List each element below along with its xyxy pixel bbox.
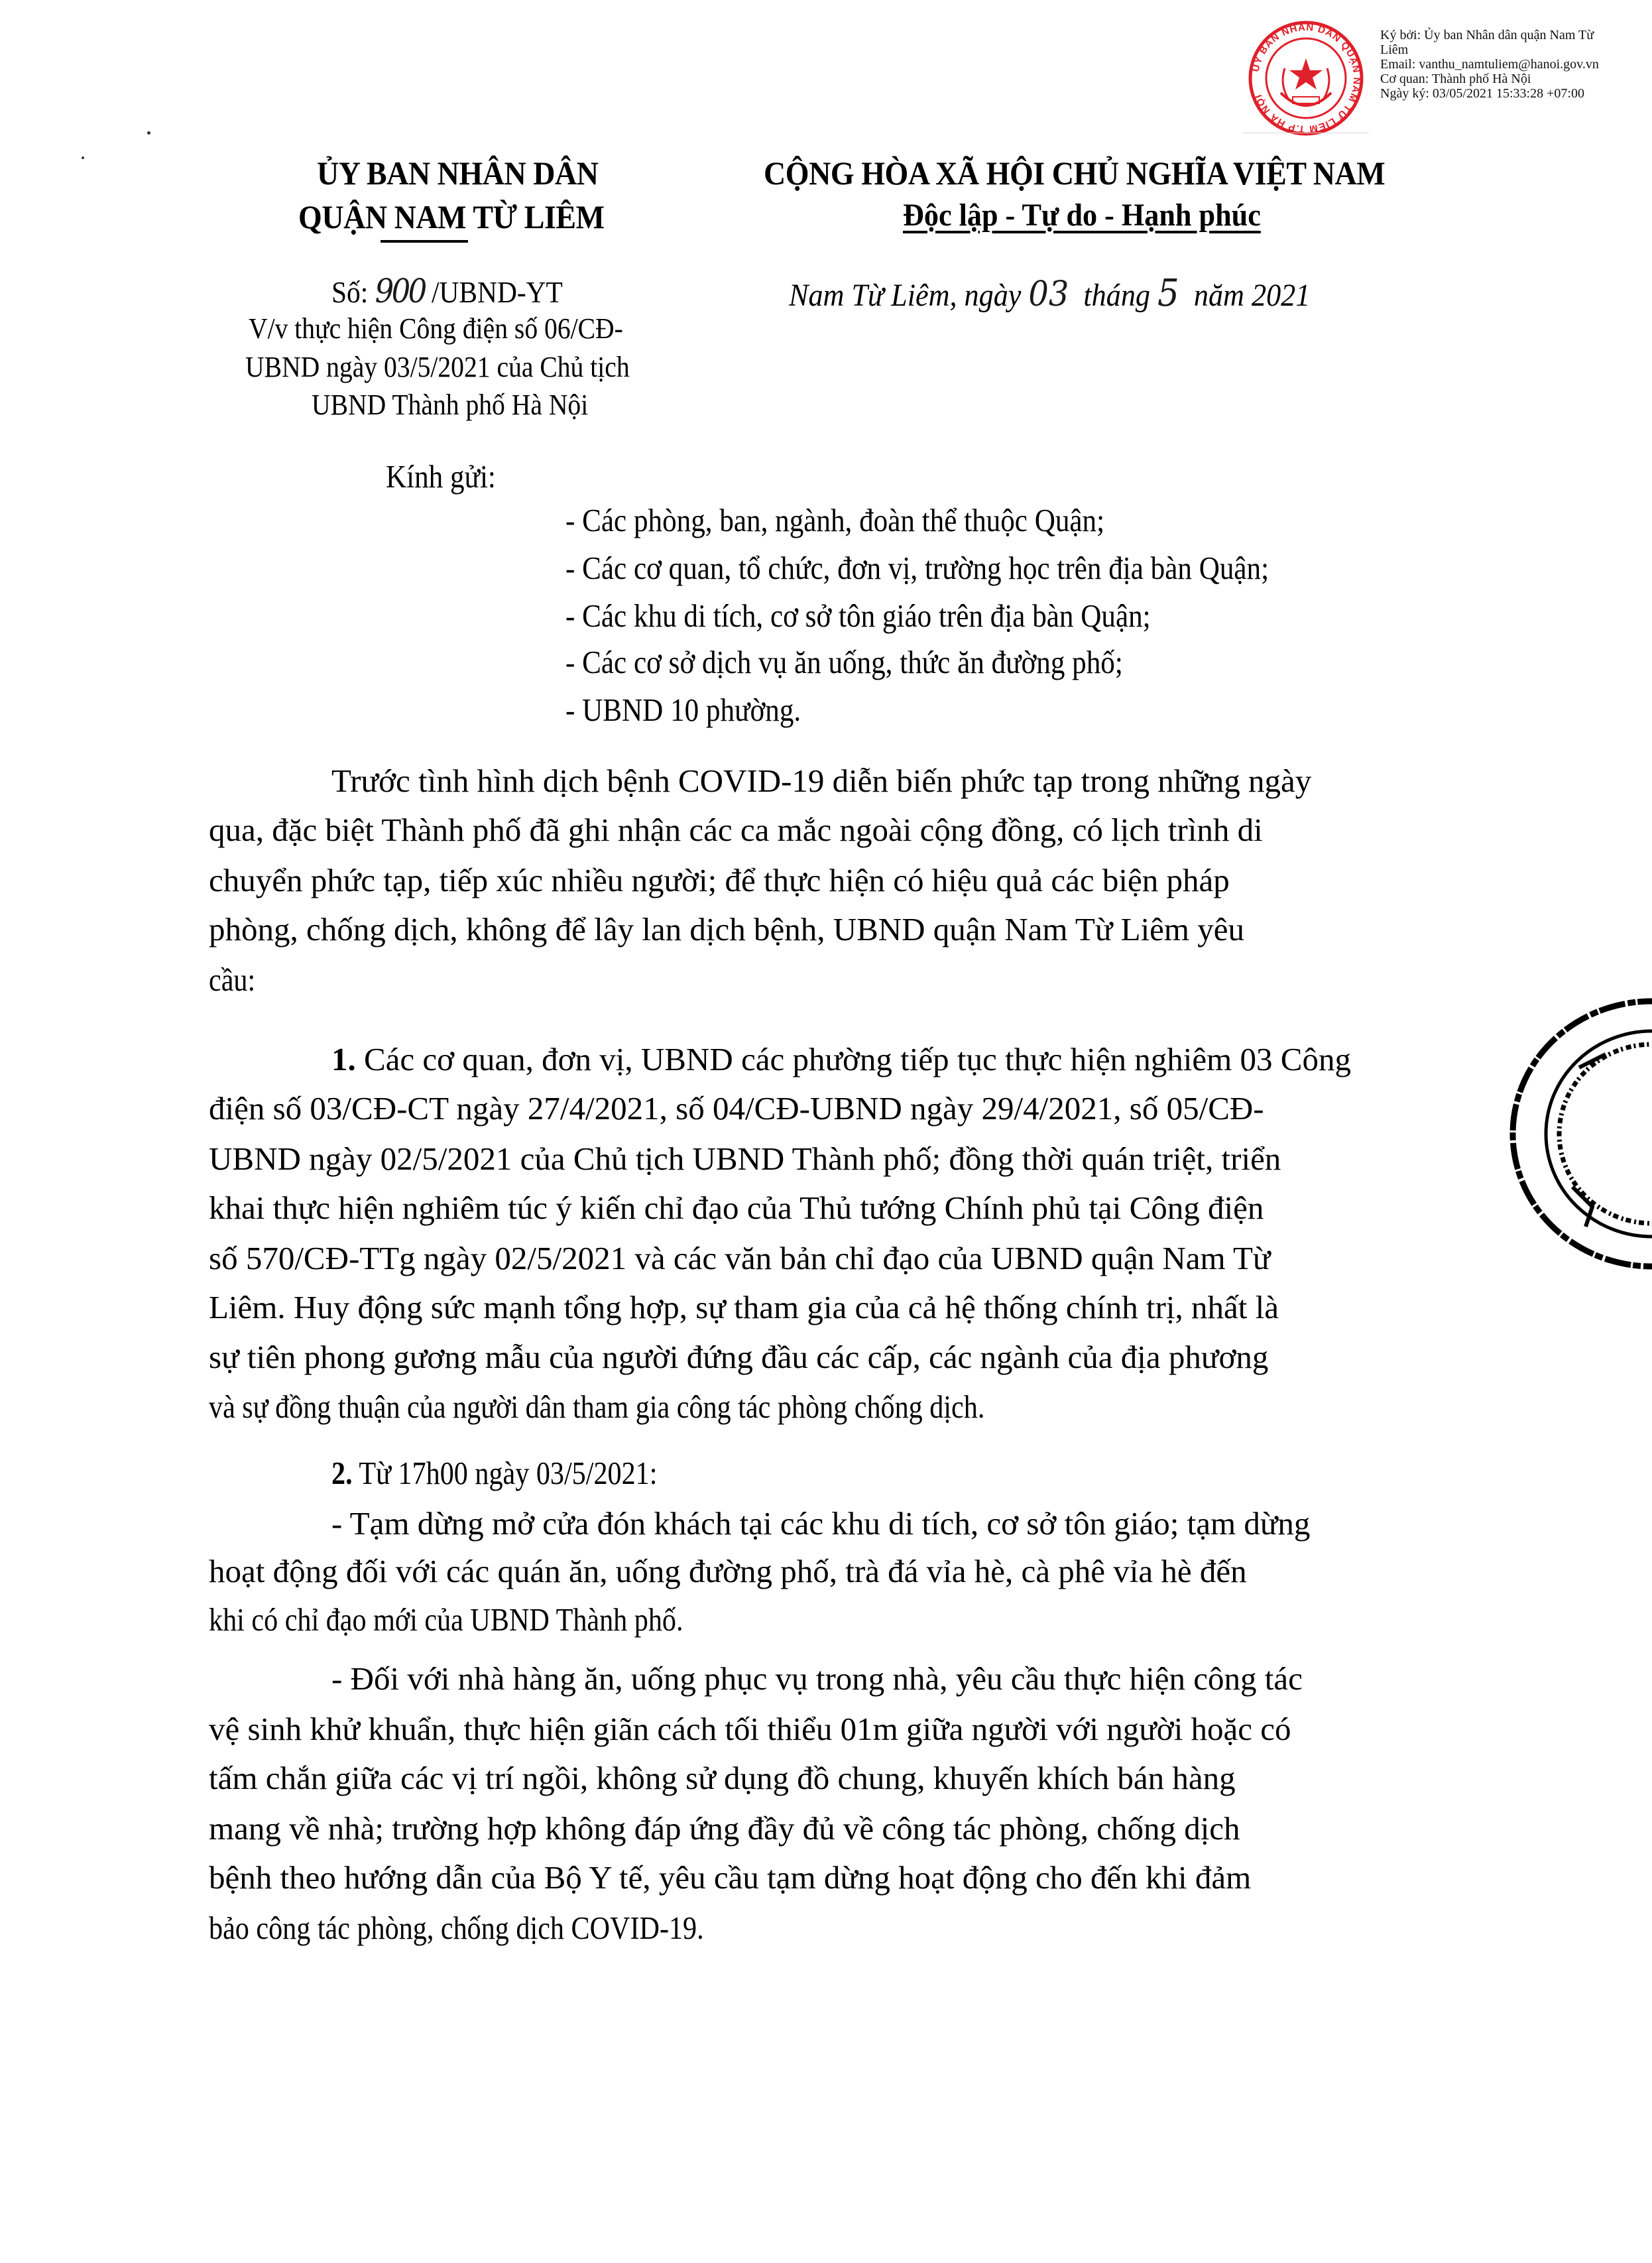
item2-bullet2-line: bảo công tác phòng, chống dịch COVID-19. bbox=[209, 1908, 704, 1948]
document-number: Số: 900 /UBND-YT bbox=[331, 272, 563, 310]
intro-line: chuyển phức tạp, tiếp xúc nhiều người; đ… bbox=[209, 861, 1230, 900]
item1-line: khai thực hiện nghiêm túc ý kiến chỉ đạo… bbox=[209, 1188, 1264, 1228]
recipients-label: Kính gửi: bbox=[386, 458, 496, 495]
item2-bullet1-line: - Tạm dừng mở cửa đón khách tại các khu … bbox=[331, 1504, 1310, 1544]
item2-bullet2-line: tấm chắn giữa các vị trí ngồi, không sử … bbox=[209, 1758, 1236, 1798]
signature-agency: Cơ quan: Thành phố Hà Nội bbox=[1380, 72, 1531, 86]
item2-bullet2-line: bệnh theo hướng dẫn của Bộ Y tế, yêu cầu… bbox=[209, 1858, 1251, 1898]
date-month-handwritten: 5 bbox=[1157, 272, 1179, 315]
recipient-item: - Các cơ quan, tổ chức, đơn vị, trường h… bbox=[565, 549, 1269, 587]
scan-speck bbox=[147, 131, 150, 135]
signature-date: Ngày ký: 03/05/2021 15:33:28 +07:00 bbox=[1380, 86, 1584, 101]
date-day-handwritten: 03 bbox=[1028, 275, 1069, 314]
item1-line: Liêm. Huy động sức mạnh tổng hợp, sự tha… bbox=[209, 1288, 1279, 1327]
signature-signed-by: Ký bởi: Ủy ban Nhân dân quận Nam Từ bbox=[1380, 28, 1594, 42]
document-number-prefix: Số: bbox=[331, 275, 368, 309]
item1-line: 1. Các cơ quan, đơn vị, UBND các phường … bbox=[331, 1040, 1351, 1079]
recipient-item: - Các phòng, ban, ngành, đoàn thể thuộc … bbox=[565, 501, 1104, 539]
item2-heading: 2. Từ 17h00 ngày 03/5/2021: bbox=[331, 1453, 657, 1493]
item1-line: số 570/CĐ-TTg ngày 02/5/2021 và các văn … bbox=[209, 1239, 1270, 1278]
item2-bullet1-line: hoạt động đối với các quán ăn, uống đườn… bbox=[209, 1552, 1247, 1591]
issuer-line2: QUẬN NAM TỪ LIÊM bbox=[298, 198, 605, 236]
intro-line: cầu: bbox=[209, 960, 255, 1000]
recipient-item: - Các khu di tích, cơ sở tôn giáo trên đ… bbox=[565, 597, 1151, 635]
digital-signature-seal-icon: ỦY BAN NHÂN DÂN QUẬN NAM TỪ LIÊM T.P HÀ … bbox=[1246, 19, 1366, 138]
item1-line: điện số 03/CĐ-CT ngày 27/4/2021, số 04/C… bbox=[209, 1089, 1264, 1129]
item1-line: và sự đồng thuận của người dân tham gia … bbox=[209, 1387, 984, 1427]
intro-line: Trước tình hình dịch bệnh COVID-19 diễn … bbox=[331, 761, 1311, 801]
date-place: Nam Từ Liêm, ngày bbox=[789, 278, 1021, 313]
signature-divider bbox=[1243, 133, 1369, 133]
signature-email: Email: vanthu_namtuliem@hanoi.gov.vn bbox=[1380, 57, 1599, 72]
signature-signed-by-cont: Liêm bbox=[1380, 42, 1408, 57]
national-motto: Độc lập - Tự do - Hạnh phúc bbox=[903, 197, 1261, 233]
issuer-underline bbox=[381, 240, 468, 243]
subject-line2: UBND ngày 03/5/2021 của Chủ tịch bbox=[245, 350, 630, 384]
item2-number: 2. bbox=[331, 1455, 353, 1491]
official-stamp-icon: ỦY BAN NHÂN DÂN QUẬN NAM bbox=[1500, 988, 1652, 1280]
date-year: năm 2021 bbox=[1194, 278, 1310, 313]
item2-bullet1-line: khi có chỉ đạo mới của UBND Thành phố. bbox=[209, 1600, 683, 1640]
item2-bullet2-line: - Đối với nhà hàng ăn, uống phục vụ tron… bbox=[331, 1659, 1303, 1699]
intro-line: qua, đặc biệt Thành phố đã ghi nhận các … bbox=[209, 810, 1263, 850]
item1-number: 1. bbox=[331, 1041, 364, 1077]
document-number-handwritten: 900 bbox=[375, 272, 425, 310]
issuer-line1: ỦY BAN NHÂN DÂN bbox=[317, 154, 599, 192]
subject-line3: UBND Thành phố Hà Nội bbox=[312, 388, 588, 422]
date-month-label: tháng bbox=[1083, 278, 1150, 313]
item2-bullet2-line: mang về nhà; trường hợp không đáp ứng đầ… bbox=[209, 1809, 1240, 1849]
subject-line1: V/v thực hiện Công điện số 06/CĐ- bbox=[249, 312, 623, 345]
document-number-suffix: /UBND-YT bbox=[432, 275, 563, 309]
item1-line: UBND ngày 02/5/2021 của Chủ tịch UBND Th… bbox=[209, 1139, 1281, 1179]
scan-speck bbox=[82, 156, 84, 159]
item1-line: sự tiên phong gương mẫu của người đứng đ… bbox=[209, 1337, 1268, 1377]
item2-bullet2-line: vệ sinh khử khuẩn, thực hiện giãn cách t… bbox=[209, 1709, 1291, 1749]
nation-title: CỘNG HÒA XÃ HỘI CHỦ NGHĨA VIỆT NAM bbox=[764, 154, 1385, 192]
intro-line: phòng, chống dịch, không để lây lan dịch… bbox=[209, 910, 1244, 949]
recipient-item: - UBND 10 phường. bbox=[565, 691, 801, 729]
place-date: Nam Từ Liêm, ngày 03 tháng 5 năm 2021 bbox=[789, 272, 1310, 315]
recipient-item: - Các cơ sở dịch vụ ăn uống, thức ăn đườ… bbox=[565, 643, 1123, 681]
